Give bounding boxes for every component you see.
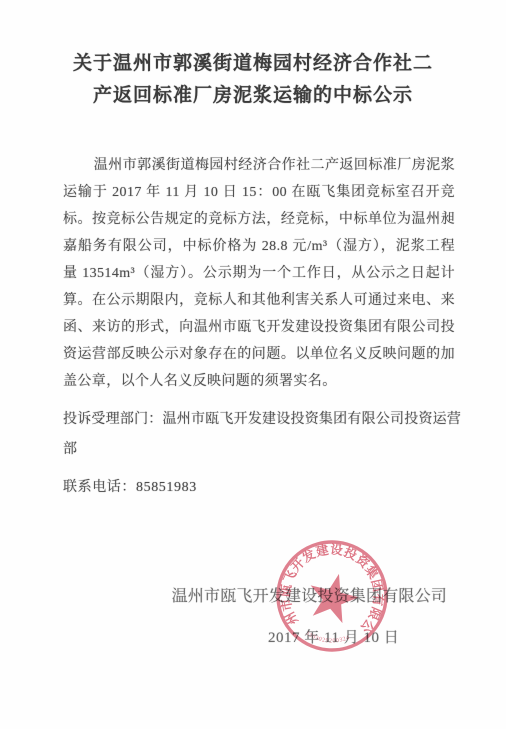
page-title: 关于温州市郭溪街道梅园村经济合作社二 产返回标准厂房泥浆运输的中标公示 [0,0,506,112]
phone-line: 联系电话：85851983 [63,474,506,502]
document-page: 关于温州市郭溪街道梅园村经济合作社二 产返回标准厂房泥浆运输的中标公示 温州市郭… [0,0,506,729]
title-line-2: 产返回标准厂房泥浆运输的中标公示 [0,80,506,112]
title-line-1: 关于温州市郭溪街道梅园村经济合作社二 [0,48,506,80]
body-paragraph: 温州市郭溪街道梅园村经济合作社二产返回标准厂房泥浆运输于 2017 年 11 月… [63,152,455,395]
complaint-paragraph: 投诉受理部门：温州市瓯飞开发建设投资集团有限公司投资运营部 [63,405,461,465]
signature-date: 2017 年 11 月 10 日 [268,626,399,647]
signature-company: 温州市瓯飞开发建设投资集团有限公司 [172,583,447,606]
